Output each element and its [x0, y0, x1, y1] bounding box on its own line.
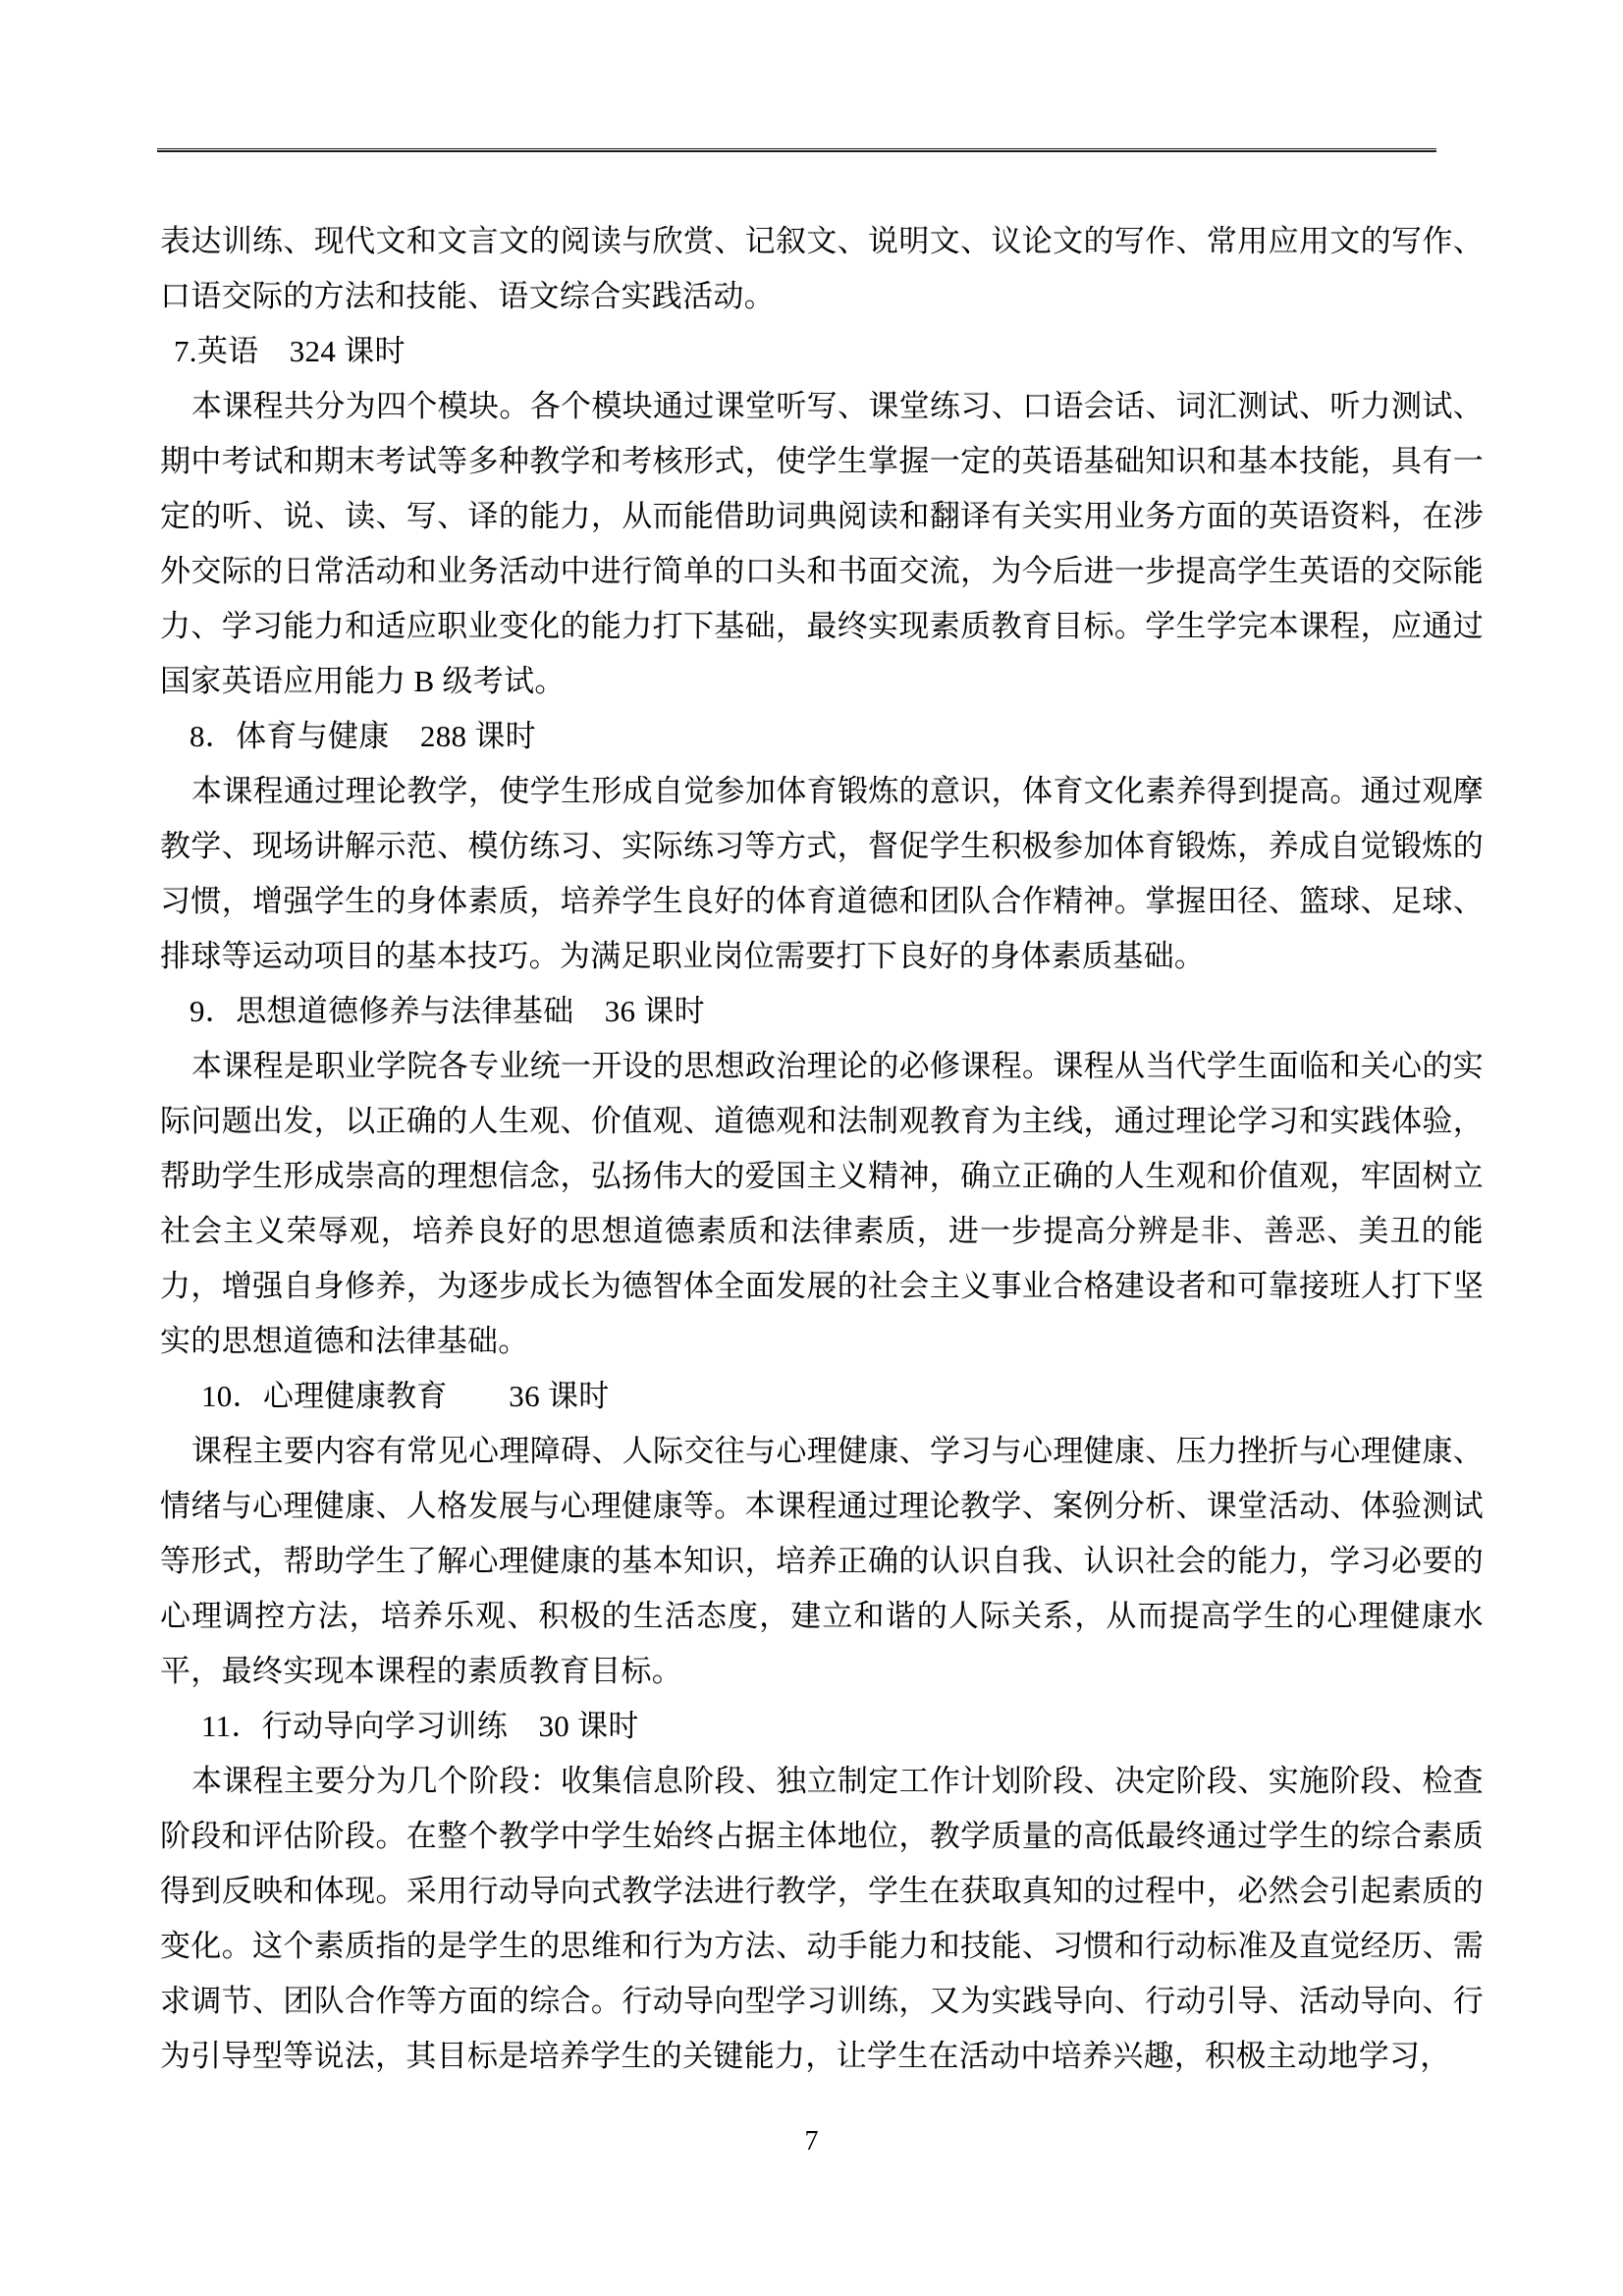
course-heading-action-oriented-learning: 11．行动导向学习训练 30 课时: [160, 1699, 1484, 1754]
document-page: 表达训练、现代文和文言文的阅读与欣赏、记叙文、说明文、议论文的写作、常用应用文的…: [0, 0, 1623, 2296]
course-heading-mental-health: 10．心理健康教育 36 课时: [160, 1369, 1484, 1424]
course-description-mental-health: 课程主要内容有常见心理障碍、人际交往与心理健康、学习与心理健康、压力挫折与心理健…: [160, 1424, 1484, 1699]
course-description-physical-education: 本课程通过理论教学，使学生形成自觉参加体育锻炼的意识，体育文化素养得到提高。通过…: [160, 764, 1484, 984]
course-heading-physical-education: 8．体育与健康 288 课时: [160, 709, 1484, 764]
header-rule: [157, 148, 1436, 152]
course-description-english: 本课程共分为四个模块。各个模块通过课堂听写、课堂练习、口语会话、词汇测试、听力测…: [160, 379, 1484, 709]
paragraph-chinese-course-tail: 表达训练、现代文和文言文的阅读与欣赏、记叙文、说明文、议论文的写作、常用应用文的…: [160, 214, 1484, 324]
course-heading-english: 7.英语 324 课时: [160, 324, 1484, 379]
course-heading-morals-and-law: 9．思想道德修养与法律基础 36 课时: [160, 984, 1484, 1039]
course-description-morals-and-law: 本课程是职业学院各专业统一开设的思想政治理论的必修课程。课程从当代学生面临和关心…: [160, 1039, 1484, 1369]
document-body: 表达训练、现代文和文言文的阅读与欣赏、记叙文、说明文、议论文的写作、常用应用文的…: [160, 214, 1484, 2084]
course-description-action-oriented-learning: 本课程主要分为几个阶段：收集信息阶段、独立制定工作计划阶段、决定阶段、实施阶段、…: [160, 1754, 1484, 2084]
page-number: 7: [0, 2125, 1623, 2159]
